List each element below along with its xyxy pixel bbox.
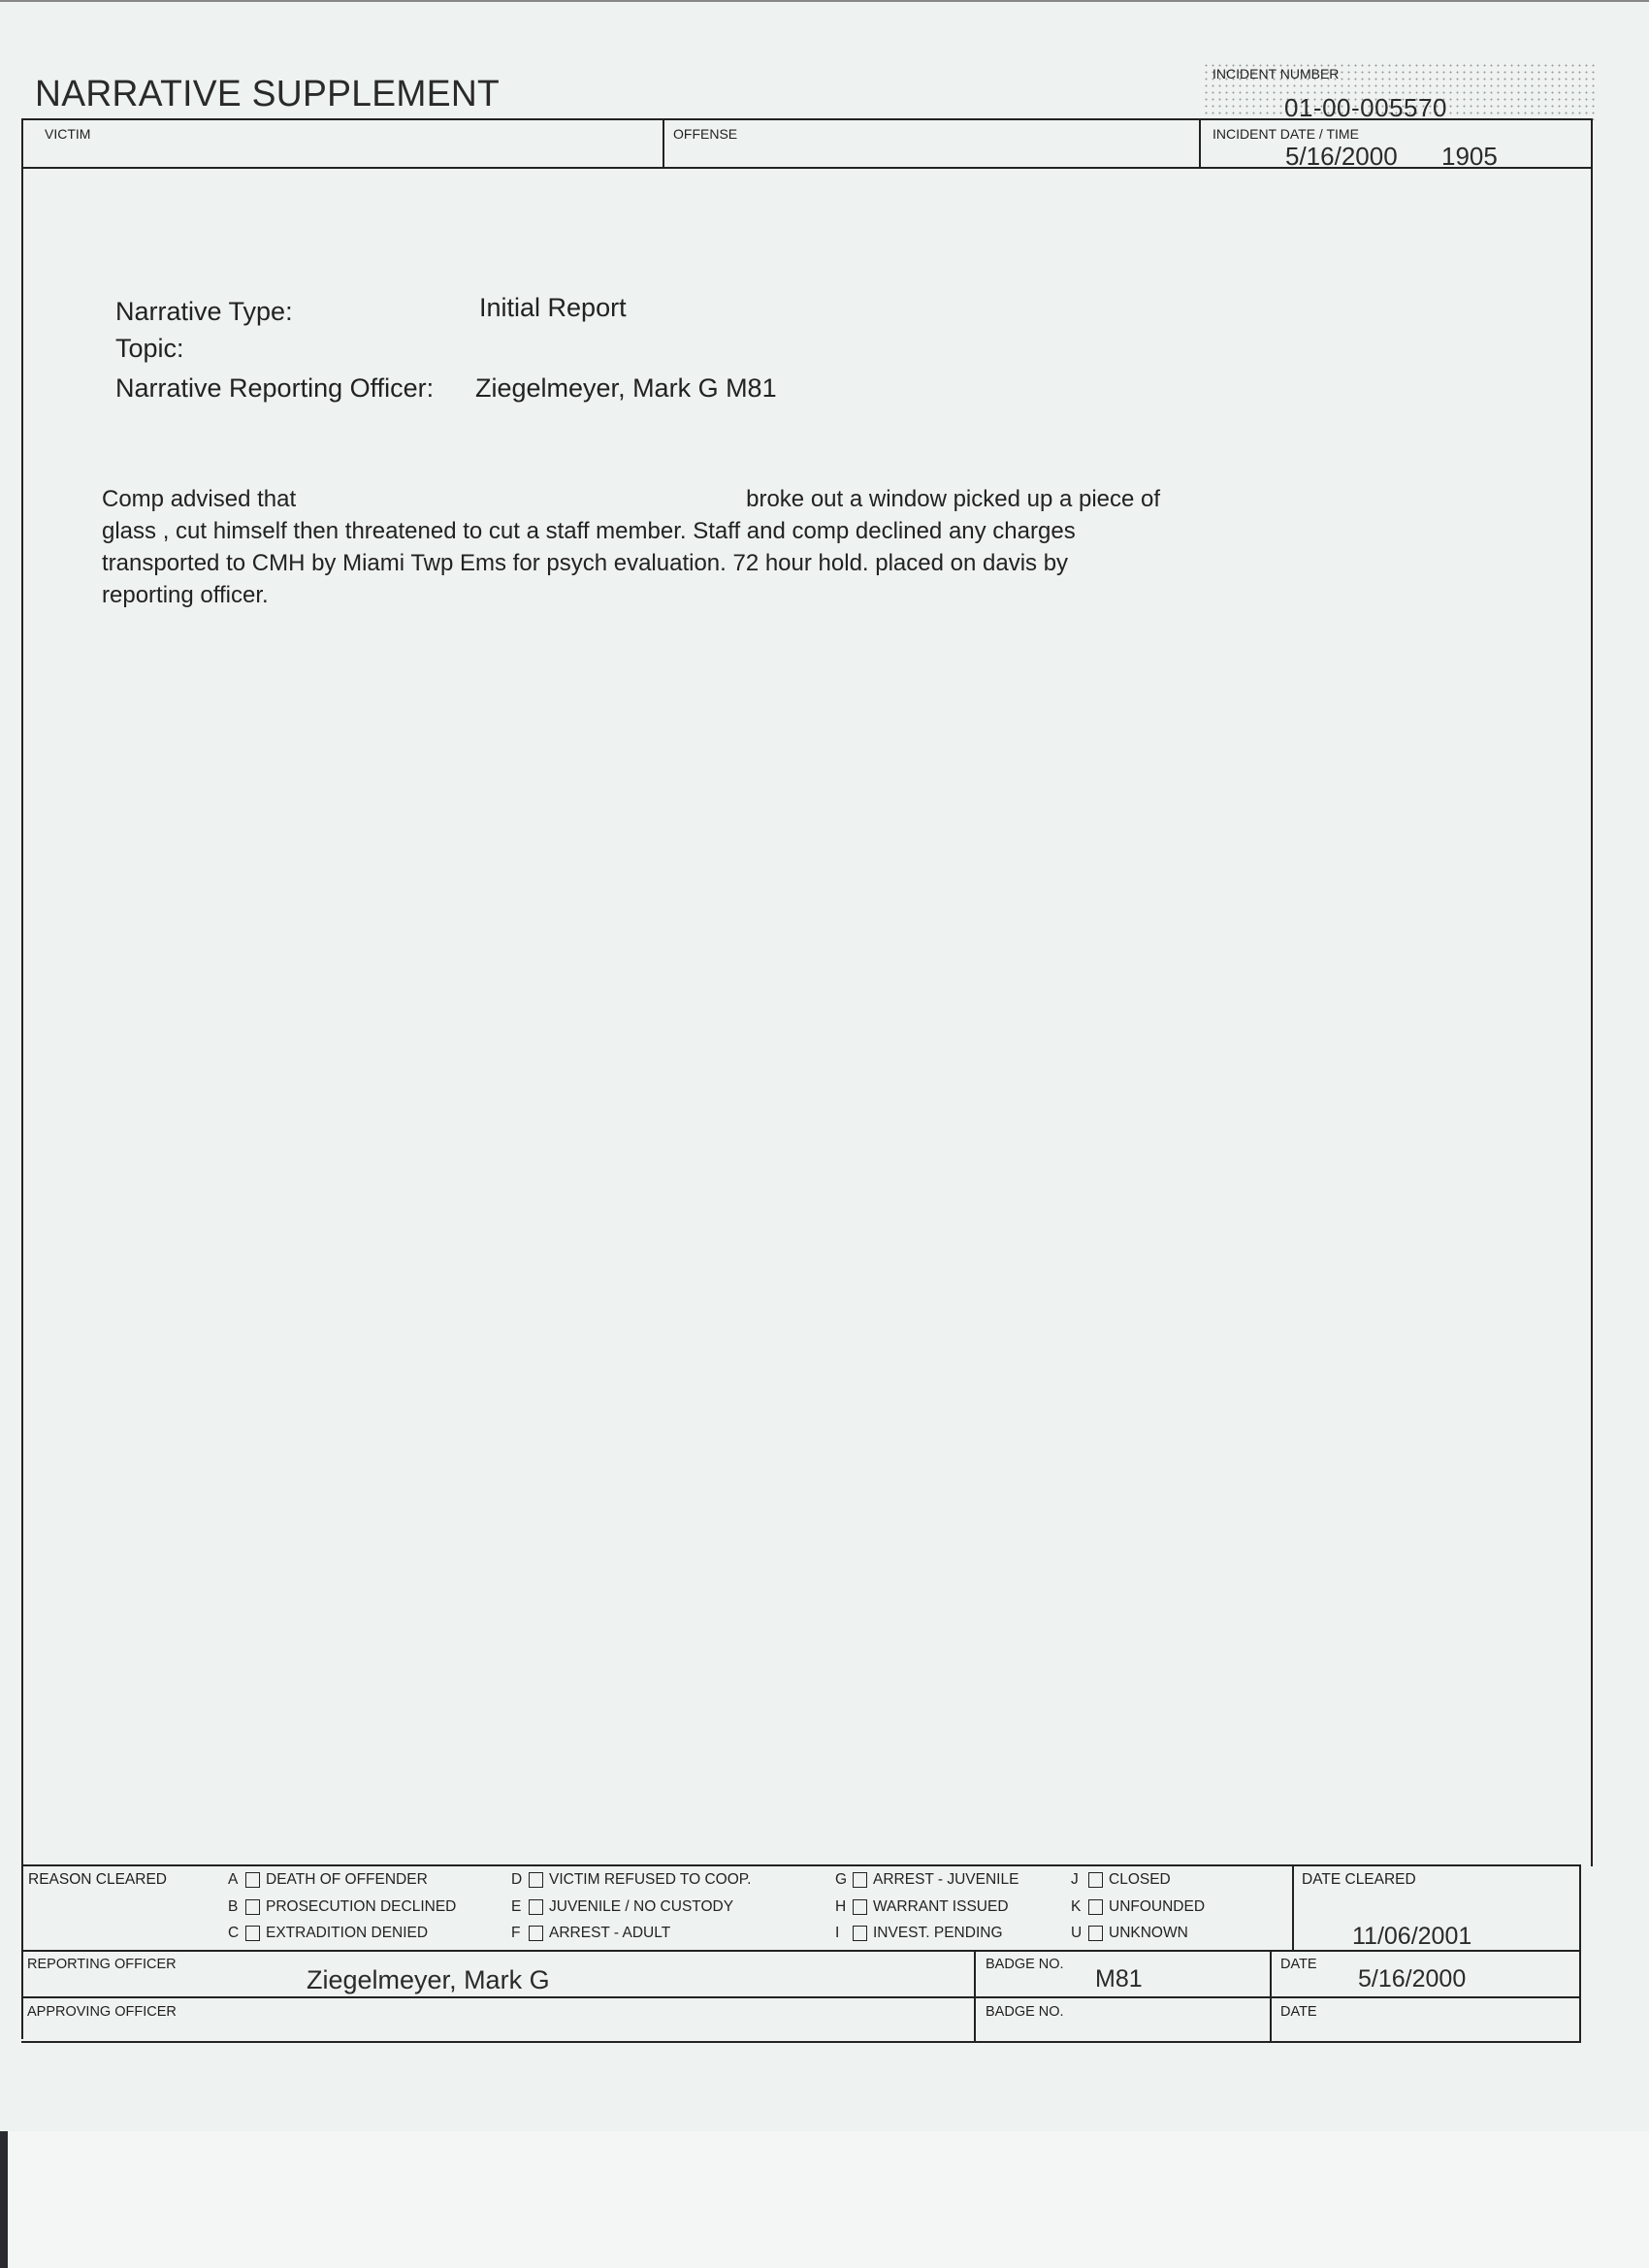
option-label: PROSECUTION DECLINED: [266, 1898, 456, 1916]
reporting-officer-footer-value: Ziegelmeyer, Mark G: [307, 1965, 550, 1995]
option-label: JUVENILE / NO CUSTODY: [549, 1898, 733, 1916]
offense-label: OFFENSE: [673, 126, 737, 142]
option-label: INVEST. PENDING: [873, 1925, 1003, 1942]
reason-option-f[interactable]: FARREST - ADULT: [511, 1925, 670, 1942]
reason-option-c[interactable]: CEXTRADITION DENIED: [228, 1925, 428, 1942]
reporting-badge-value: M81: [1095, 1965, 1143, 1993]
form-title: NARRATIVE SUPPLEMENT: [35, 74, 500, 115]
reason-option-b[interactable]: BPROSECUTION DECLINED: [228, 1898, 456, 1916]
narrative-line-4: reporting officer.: [102, 579, 1295, 611]
date-cleared-value: 11/06/2001: [1352, 1923, 1471, 1951]
option-letter: J: [1071, 1871, 1088, 1889]
reason-option-i[interactable]: IINVEST. PENDING: [835, 1925, 1003, 1942]
incident-time-value: 1905: [1441, 142, 1498, 172]
reporting-date-label: DATE: [1280, 1957, 1317, 1972]
reason-option-e[interactable]: EJUVENILE / NO CUSTODY: [511, 1898, 733, 1916]
checkbox[interactable]: [245, 1872, 260, 1888]
approving-officer-label: APPROVING OFFICER: [27, 2004, 177, 2020]
option-label: UNKNOWN: [1109, 1925, 1188, 1942]
checkbox[interactable]: [529, 1926, 543, 1941]
option-letter: G: [835, 1871, 853, 1889]
reason-option-a[interactable]: ADEATH OF OFFENDER: [228, 1871, 428, 1889]
reason-option-d[interactable]: DVICTIM REFUSED TO COOP.: [511, 1871, 751, 1889]
option-letter: H: [835, 1898, 853, 1916]
checkbox[interactable]: [1088, 1872, 1103, 1888]
option-label: VICTIM REFUSED TO COOP.: [549, 1871, 751, 1889]
option-label: DEATH OF OFFENDER: [266, 1871, 428, 1889]
option-label: ARREST - JUVENILE: [873, 1871, 1018, 1889]
narrative-type-label: Narrative Type:: [115, 297, 293, 327]
checkbox[interactable]: [853, 1872, 867, 1888]
option-label: WARRANT ISSUED: [873, 1898, 1009, 1916]
checkbox[interactable]: [245, 1926, 260, 1941]
checkbox[interactable]: [529, 1872, 543, 1888]
checkbox[interactable]: [1088, 1899, 1103, 1915]
option-letter: C: [228, 1925, 245, 1942]
reason-option-j[interactable]: JCLOSED: [1071, 1871, 1171, 1889]
reason-option-h[interactable]: HWARRANT ISSUED: [835, 1898, 1009, 1916]
option-letter: U: [1071, 1925, 1088, 1942]
reason-option-k[interactable]: KUNFOUNDED: [1071, 1898, 1205, 1916]
option-label: UNFOUNDED: [1109, 1898, 1205, 1916]
scan-top-edge: [0, 0, 1649, 2]
narrative-line-3: transported to CMH by Miami Twp Ems for …: [102, 547, 1295, 579]
reporting-date-value: 5/16/2000: [1358, 1965, 1466, 1993]
next-page-edge: [0, 2131, 1649, 2268]
checkbox[interactable]: [529, 1899, 543, 1915]
narrative-type-value: Initial Report: [479, 293, 627, 323]
reporting-officer-footer-label: REPORTING OFFICER: [27, 1957, 177, 1972]
reporting-officer-value: Ziegelmeyer, Mark G M81: [475, 373, 777, 404]
incident-number-label: INCIDENT NUMBER: [1212, 66, 1339, 81]
incident-date-value: 5/16/2000: [1285, 142, 1398, 172]
checkbox[interactable]: [1088, 1926, 1103, 1941]
option-label: ARREST - ADULT: [549, 1925, 670, 1942]
option-letter: F: [511, 1925, 529, 1942]
option-label: EXTRADITION DENIED: [266, 1925, 428, 1942]
option-letter: A: [228, 1871, 245, 1889]
narrative-text: Comp advised thatbroke out a window pick…: [102, 483, 1295, 611]
approving-date-label: DATE: [1280, 2004, 1317, 2020]
option-letter: K: [1071, 1898, 1088, 1916]
narrative-line-1-start: Comp advised that: [102, 486, 296, 512]
option-letter: B: [228, 1898, 245, 1916]
checkbox[interactable]: [245, 1899, 260, 1915]
incident-datetime-label: INCIDENT DATE / TIME: [1212, 126, 1359, 142]
approving-badge-label: BADGE NO.: [986, 2004, 1064, 2020]
option-letter: E: [511, 1898, 529, 1916]
option-letter: D: [511, 1871, 529, 1889]
reason-option-u[interactable]: UUNKNOWN: [1071, 1925, 1188, 1942]
narrative-line-1-end: broke out a window picked up a piece of: [746, 486, 1160, 512]
narrative-line-2: glass , cut himself then threatened to c…: [102, 515, 1295, 547]
checkbox[interactable]: [853, 1926, 867, 1941]
reporting-badge-label: BADGE NO.: [986, 1957, 1064, 1972]
reason-option-g[interactable]: GARREST - JUVENILE: [835, 1871, 1018, 1889]
reason-cleared-label: REASON CLEARED: [28, 1871, 167, 1889]
option-letter: I: [835, 1925, 853, 1942]
reporting-officer-label: Narrative Reporting Officer:: [115, 373, 434, 404]
option-label: CLOSED: [1109, 1871, 1171, 1889]
checkbox[interactable]: [853, 1899, 867, 1915]
topic-label: Topic:: [115, 334, 184, 364]
victim-label: VICTIM: [45, 126, 90, 142]
date-cleared-label: DATE CLEARED: [1302, 1871, 1416, 1889]
